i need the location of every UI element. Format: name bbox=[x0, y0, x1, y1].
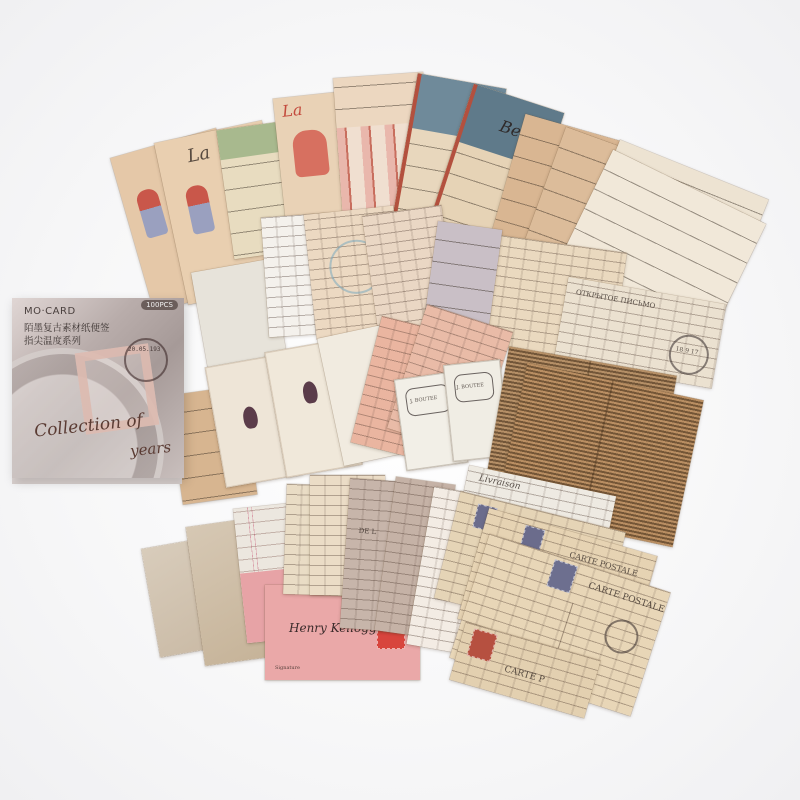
box-script-line-2: years bbox=[129, 438, 172, 460]
envelope-postmark-icon bbox=[124, 338, 168, 382]
product-box: MO·CARD 陌墨复古素材纸便签 指尖温度系列 100PCS 20.05.19… bbox=[12, 298, 184, 478]
brand-label: MO·CARD bbox=[24, 306, 76, 317]
stamp-date: 20.05.193 bbox=[128, 346, 161, 353]
box-title-cn-1: 陌墨复古素材纸便签 bbox=[24, 320, 110, 334]
count-badge: 100PCS bbox=[141, 300, 178, 310]
product-photo: La La Be ОТКРЫТОЕ ПИСЬМО 18 9 17 bbox=[0, 0, 800, 800]
box-title-cn-2: 指尖温度系列 bbox=[24, 333, 81, 347]
